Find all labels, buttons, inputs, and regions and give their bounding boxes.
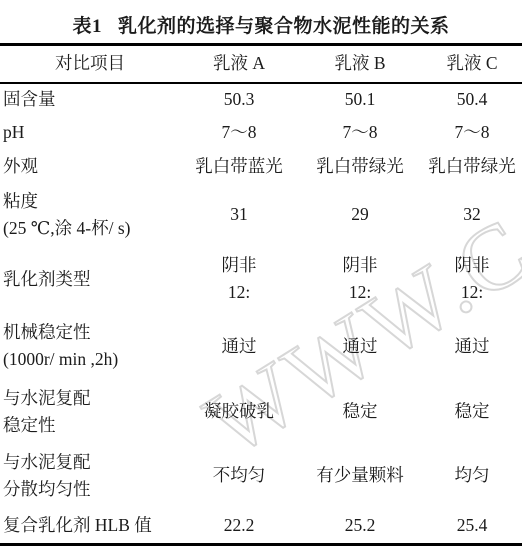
cell-value: 乳白带蓝光 xyxy=(180,149,298,184)
table-row: pH7～87～87～8 xyxy=(0,116,522,149)
cell-value-line: 22.2 xyxy=(180,512,298,539)
row-label-line: 外观 xyxy=(3,153,180,180)
row-label-line: 稳定性 xyxy=(3,412,180,439)
row-label-line: (1000r/ min ,2h) xyxy=(3,346,180,373)
cell-value-line: 31 xyxy=(180,201,298,228)
cell-value: 7～8 xyxy=(422,116,522,149)
cell-value-line: 7～8 xyxy=(180,119,298,146)
cell-value: 25.4 xyxy=(422,508,522,545)
row-label-line: (25 ℃,涂 4-杯/ s) xyxy=(3,215,180,242)
cell-value-line: 通过 xyxy=(180,333,298,360)
table-row: 外观乳白带蓝光乳白带绿光乳白带绿光 xyxy=(0,149,522,184)
cell-value: 均匀 xyxy=(422,444,522,508)
cell-value: 乳白带绿光 xyxy=(422,149,522,184)
cell-value-line: 凝胶破乳 xyxy=(180,398,298,425)
cell-value: 乳白带绿光 xyxy=(298,149,422,184)
cell-value: 50.1 xyxy=(298,83,422,116)
row-label: 与水泥复配稳定性 xyxy=(0,380,180,444)
table-row: 复合乳化剂 HLB 值22.225.225.4 xyxy=(0,508,522,545)
row-label-line: 复合乳化剂 HLB 值 xyxy=(3,512,180,539)
cell-value-line: 12: xyxy=(180,279,298,306)
cell-value: 7～8 xyxy=(298,116,422,149)
cell-value: 31 xyxy=(180,184,298,246)
cell-value: 22.2 xyxy=(180,508,298,545)
cell-value-line: 12: xyxy=(422,279,522,306)
cell-value: 通过 xyxy=(422,313,522,380)
cell-value-line: 25.4 xyxy=(422,512,522,539)
cell-value-line: 乳白带绿光 xyxy=(422,153,522,180)
cell-value: 不均匀 xyxy=(180,444,298,508)
cell-value: 50.4 xyxy=(422,83,522,116)
cell-value-line: 乳白带绿光 xyxy=(298,153,422,180)
row-label-line: 与水泥复配 xyxy=(3,385,180,412)
row-label: 粘度(25 ℃,涂 4-杯/ s) xyxy=(0,184,180,246)
row-label: 复合乳化剂 HLB 值 xyxy=(0,508,180,545)
row-label: 乳化剂类型 xyxy=(0,246,180,313)
table-row: 与水泥复配分散均匀性不均匀有少量颗料均匀 xyxy=(0,444,522,508)
cell-value-line: 32 xyxy=(422,201,522,228)
table-row: 固含量50.350.150.4 xyxy=(0,83,522,116)
row-label-line: 分散均匀性 xyxy=(3,476,180,503)
row-label-line: 粘度 xyxy=(3,188,180,215)
table-figure: WWW.C 表1乳化剂的选择与聚合物水泥性能的关系 对比项目乳液 A乳液 B乳液… xyxy=(0,0,522,558)
cell-value-line: 25.2 xyxy=(298,512,422,539)
cell-value-line: 50.1 xyxy=(298,86,422,113)
column-header: 乳液 B xyxy=(298,45,422,83)
cell-value-line: 50.3 xyxy=(180,86,298,113)
cell-value-line: 稳定 xyxy=(422,398,522,425)
cell-value: 通过 xyxy=(180,313,298,380)
cell-value-line: 50.4 xyxy=(422,86,522,113)
column-header: 对比项目 xyxy=(0,45,180,83)
row-label-line: 机械稳定性 xyxy=(3,319,180,346)
cell-value-line: 乳白带蓝光 xyxy=(180,153,298,180)
cell-value: 29 xyxy=(298,184,422,246)
cell-value: 25.2 xyxy=(298,508,422,545)
cell-value-line: 均匀 xyxy=(422,462,522,489)
cell-value: 通过 xyxy=(298,313,422,380)
cell-value-line: 阴非 xyxy=(422,252,522,279)
cell-value: 阴非12: xyxy=(180,246,298,313)
cell-value: 阴非12: xyxy=(298,246,422,313)
cell-value-line: 阴非 xyxy=(298,252,422,279)
cell-value-line: 7～8 xyxy=(422,119,522,146)
cell-value-line: 29 xyxy=(298,201,422,228)
row-label-line: 乳化剂类型 xyxy=(3,266,180,293)
cell-value-line: 不均匀 xyxy=(180,462,298,489)
table-row: 与水泥复配稳定性凝胶破乳稳定稳定 xyxy=(0,380,522,444)
cell-value-line: 阴非 xyxy=(180,252,298,279)
table-title-prefix: 表1 xyxy=(72,16,102,37)
cell-value: 稳定 xyxy=(298,380,422,444)
cell-value-line: 有少量颗料 xyxy=(298,462,422,489)
row-label: 固含量 xyxy=(0,83,180,116)
cell-value-line: 通过 xyxy=(422,333,522,360)
cell-value: 稳定 xyxy=(422,380,522,444)
cell-value: 凝胶破乳 xyxy=(180,380,298,444)
row-label: 外观 xyxy=(0,149,180,184)
table-row: 乳化剂类型阴非12:阴非12:阴非12: xyxy=(0,246,522,313)
cell-value-line: 通过 xyxy=(298,333,422,360)
table-title-text: 乳化剂的选择与聚合物水泥性能的关系 xyxy=(118,16,450,37)
row-label: pH xyxy=(0,116,180,149)
table-title: 表1乳化剂的选择与聚合物水泥性能的关系 xyxy=(0,0,522,43)
cell-value-line: 稳定 xyxy=(298,398,422,425)
row-label-line: 与水泥复配 xyxy=(3,449,180,476)
row-label-line: pH xyxy=(3,119,180,146)
row-label-line: 固含量 xyxy=(3,86,180,113)
row-label: 与水泥复配分散均匀性 xyxy=(0,444,180,508)
cell-value: 50.3 xyxy=(180,83,298,116)
cell-value: 有少量颗料 xyxy=(298,444,422,508)
header-row: 对比项目乳液 A乳液 B乳液 C xyxy=(0,45,522,83)
column-header: 乳液 A xyxy=(180,45,298,83)
cell-value-line: 12: xyxy=(298,279,422,306)
cell-value-line: 7～8 xyxy=(298,119,422,146)
cell-value: 7～8 xyxy=(180,116,298,149)
column-header: 乳液 C xyxy=(422,45,522,83)
row-label: 机械稳定性(1000r/ min ,2h) xyxy=(0,313,180,380)
cell-value: 阴非12: xyxy=(422,246,522,313)
cell-value: 32 xyxy=(422,184,522,246)
table-row: 粘度(25 ℃,涂 4-杯/ s)312932 xyxy=(0,184,522,246)
data-table: 对比项目乳液 A乳液 B乳液 C 固含量50.350.150.4pH7～87～8… xyxy=(0,43,522,546)
table-row: 机械稳定性(1000r/ min ,2h)通过通过通过 xyxy=(0,313,522,380)
